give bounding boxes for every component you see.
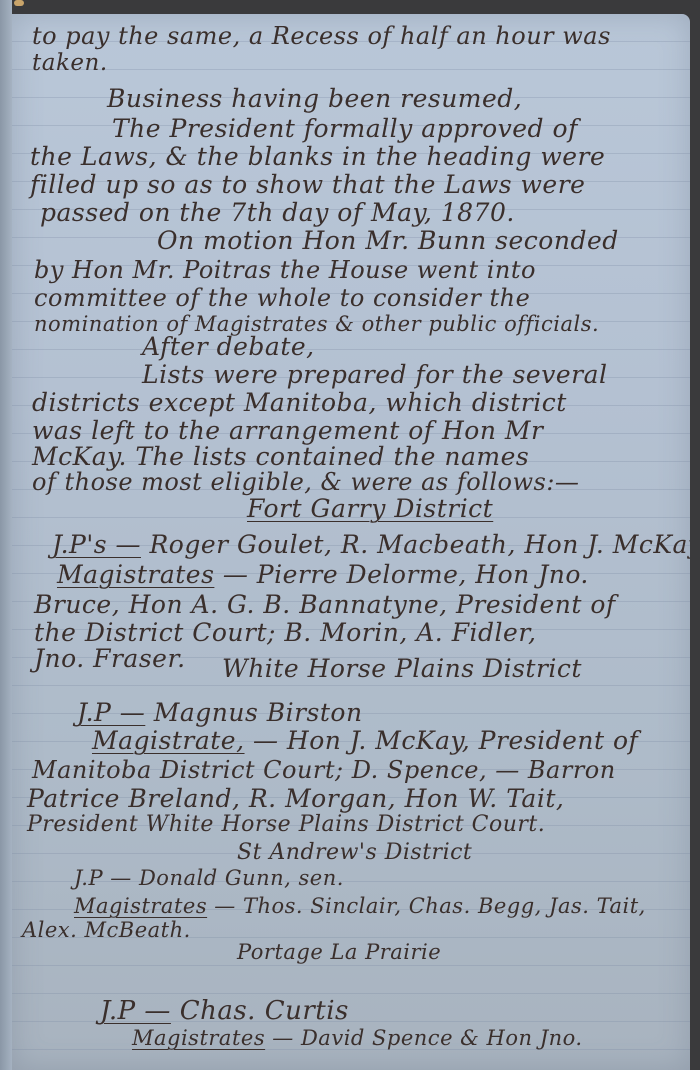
magistrates-names: — Thos. Sinclair, Chas. Begg, Jas. Tait,: [214, 894, 646, 918]
text-line: nomination of Magistrates & other public…: [34, 312, 599, 336]
jp-label: J.P's —: [52, 530, 141, 559]
text-line: was left to the arrangement of Hon Mr: [32, 416, 543, 445]
text-line: Business having been resumed,: [107, 84, 522, 113]
text-line: Patrice Breland, R. Morgan, Hon W. Tait,: [27, 784, 564, 813]
text-line: of those most eligible, & were as follow…: [32, 468, 579, 496]
magistrates-label: Magistrates: [132, 1026, 265, 1050]
magistrates-entry: Magistrate, — Hon J. McKay, President of: [92, 726, 638, 755]
jp-label: J.P —: [77, 698, 145, 727]
text-line: After debate,: [142, 332, 315, 361]
text-line: filled up so as to show that the Laws we…: [30, 170, 585, 199]
manuscript-page: to pay the same, a Recess of half an hou…: [12, 14, 690, 1070]
magistrates-entry: Magistrates — David Spence & Hon Jno.: [132, 1026, 583, 1050]
jp-label: J.P —: [74, 866, 132, 890]
text-line: to pay the same, a Recess of half an hou…: [32, 22, 611, 50]
text-line: Alex. McBeath.: [22, 918, 191, 942]
text-line: McKay. The lists contained the names: [32, 442, 529, 471]
magistrates-entry: Magistrates — Pierre Delorme, Hon Jno.: [57, 560, 589, 589]
text-line: by Hon Mr. Poitras the House went into: [34, 256, 536, 284]
magistrates-entry: Magistrates — Thos. Sinclair, Chas. Begg…: [74, 894, 646, 918]
text-line: Manitoba District Court; D. Spence, — Ba…: [32, 756, 616, 784]
text-line: The President formally approved of: [112, 114, 578, 143]
jp-names: Magnus Birston: [154, 698, 363, 727]
jp-entry: J.P's — Roger Goulet, R. Macbeath, Hon J…: [52, 530, 690, 559]
text-line: Jno. Fraser.: [34, 644, 186, 673]
text-line: committee of the whole to consider the: [34, 284, 530, 312]
magistrates-names: — Pierre Delorme, Hon Jno.: [223, 560, 589, 589]
text-line: taken.: [32, 50, 108, 76]
section-heading-white-horse-plains: White Horse Plains District: [222, 654, 582, 683]
jp-names: Chas. Curtis: [180, 996, 349, 1026]
text-line: the Laws, & the blanks in the heading we…: [30, 142, 605, 171]
section-heading-fort-garry: Fort Garry District: [247, 494, 493, 523]
text-line: districts except Manitoba, which distric…: [32, 388, 567, 417]
magistrates-names: — Hon J. McKay, President of: [253, 726, 638, 755]
magistrates-label: Magistrates: [74, 894, 207, 918]
jp-entry: J.P — Magnus Birston: [77, 698, 363, 727]
jp-label: J.P —: [100, 996, 171, 1026]
jp-names: Roger Goulet, R. Macbeath, Hon J. McKay,: [149, 530, 690, 559]
book-spine-edge: [0, 0, 12, 1070]
jp-entry: J.P — Chas. Curtis: [100, 996, 349, 1026]
text-line: On motion Hon Mr. Bunn seconded: [157, 226, 619, 255]
text-line: the District Court; B. Morin, A. Fidler,: [34, 618, 536, 647]
text-line: passed on the 7th day of May, 1870.: [40, 198, 515, 227]
text-line: Lists were prepared for the several: [142, 360, 607, 389]
magistrates-label: Magistrate,: [92, 726, 245, 755]
text-line: Bruce, Hon A. G. B. Bannatyne, President…: [34, 590, 616, 619]
magistrates-label: Magistrates: [57, 560, 214, 589]
text-line: President White Horse Plains District Co…: [27, 812, 545, 837]
section-heading-portage-la-prairie: Portage La Prairie: [237, 940, 441, 964]
jp-names: Donald Gunn, sen.: [139, 866, 344, 890]
section-heading-st-andrews: St Andrew's District: [237, 840, 472, 865]
paper-stain: [14, 0, 24, 6]
magistrates-names: — David Spence & Hon Jno.: [272, 1026, 582, 1050]
jp-entry: J.P — Donald Gunn, sen.: [74, 866, 344, 890]
